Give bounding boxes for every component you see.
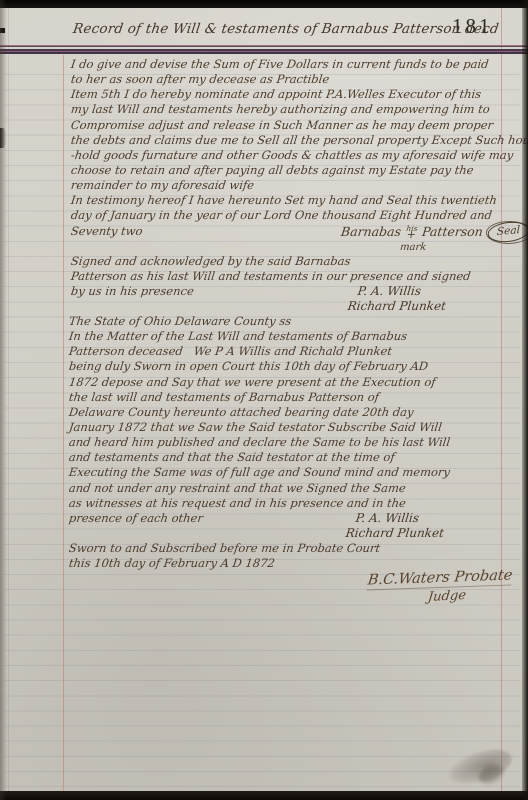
spacer (70, 299, 72, 314)
probate-closing-words: presence of each other (68, 511, 204, 526)
will-line: Item 5th I do hereby nominate and appoin… (70, 87, 508, 102)
attestation-line: Patterson as his last Will and testament… (70, 269, 508, 284)
will-closing-and-signature: Seventy two Barnabas his+ Patterson Seal (70, 224, 508, 239)
will-line: to her as soon after my decease as Pract… (70, 72, 508, 87)
photo-bottom-edge (0, 791, 528, 800)
witness-signature-willis: P. A. Willis (357, 284, 422, 299)
will-line: In testimony hereof I have hereunto Set … (70, 193, 508, 208)
will-line: -hold goods furnature and other Goods & … (70, 148, 508, 163)
will-line: day of January in the year of our Lord O… (70, 208, 508, 223)
probate-line: 1872 depose and Say that we were present… (68, 375, 506, 390)
photo-right-edge (522, 0, 528, 800)
testator-first-name: Barnabas (340, 224, 402, 239)
probate-line: Patterson deceased We P A Willis and Ric… (68, 344, 506, 359)
will-text-block: I do give and devise the Sum of Five Dol… (70, 57, 506, 239)
will-line: remainder to my aforesaid wife (70, 178, 508, 193)
will-line: the debts and claims due me to Sell all … (70, 133, 508, 148)
probate-line: Delaware County hereunto attached bearin… (68, 405, 506, 420)
probate-line-with-witness: presence of each other P. A. Willis (68, 511, 506, 526)
witness-signature-willis: P. A. Willis (355, 511, 420, 526)
mark-cross-symbol: + (406, 232, 416, 238)
his-mark: his+ (405, 225, 418, 238)
sworn-line: Sworn to and Subscribed before me in Pro… (68, 541, 506, 556)
photo-left-edge (0, 0, 7, 800)
header-double-rule (0, 45, 528, 55)
probate-line: January 1872 that we Saw the Said testat… (68, 420, 506, 435)
will-closing-words: Seventy two (70, 224, 143, 239)
probate-line: and testaments and that the Said testato… (68, 450, 506, 465)
mark-label-below: mark (399, 240, 427, 255)
probate-venue: The State of Ohio Delaware County ss (68, 314, 506, 329)
attestation-closing-words: by us in his presence (70, 284, 195, 299)
probate-line: the last will and testaments of Barnabus… (68, 390, 506, 405)
photo-top-edge (0, 0, 528, 8)
probate-line: and not under any restraint and that we … (68, 481, 506, 496)
judge-title: Judge (427, 588, 467, 605)
attestation-block: Signed and acknowledged by the said Barn… (70, 254, 506, 315)
attestation-line-with-witness: by us in his presence P. A. Willis (70, 284, 508, 299)
ledger-photo: 181 Record of the Will & testaments of B… (0, 0, 528, 800)
paper-crease (8, 8, 9, 791)
testator-last-name: Patterson (421, 224, 484, 239)
probate-proof-block: The State of Ohio Delaware County ss In … (68, 314, 504, 571)
spacer (68, 526, 70, 541)
probate-line: being duly Sworn in open Court this 10th… (68, 359, 506, 374)
attestation-line: Signed and acknowledged by the said Barn… (70, 254, 508, 269)
record-header-title: Record of the Will & testaments of Barna… (72, 21, 500, 37)
probate-line: In the Matter of the Last Will and testa… (68, 329, 506, 344)
will-line: my last Will and testaments hereby autho… (70, 102, 508, 117)
witness-signature-row: Richard Plunket (70, 299, 508, 314)
left-margin-line (63, 55, 64, 791)
testator-signature: Barnabas his+ Patterson Seal (340, 224, 528, 239)
will-line: choose to retain and after paying all de… (70, 163, 508, 178)
probate-line: Executing the Same was of full age and S… (68, 465, 506, 480)
probate-line: as witnesses at his request and in his p… (68, 496, 506, 511)
witness-signature-plunket: Richard Plunket (347, 299, 447, 314)
probate-line: and heard him published and declare the … (68, 435, 506, 450)
witness-signature-plunket: Richard Plunket (345, 526, 445, 541)
witness-signature-row: Richard Plunket (68, 526, 506, 541)
will-line: I do give and devise the Sum of Five Dol… (70, 57, 508, 72)
will-line: Compromise adjust and release in Such Ma… (70, 118, 508, 133)
ledger-page: 181 Record of the Will & testaments of B… (0, 0, 528, 800)
